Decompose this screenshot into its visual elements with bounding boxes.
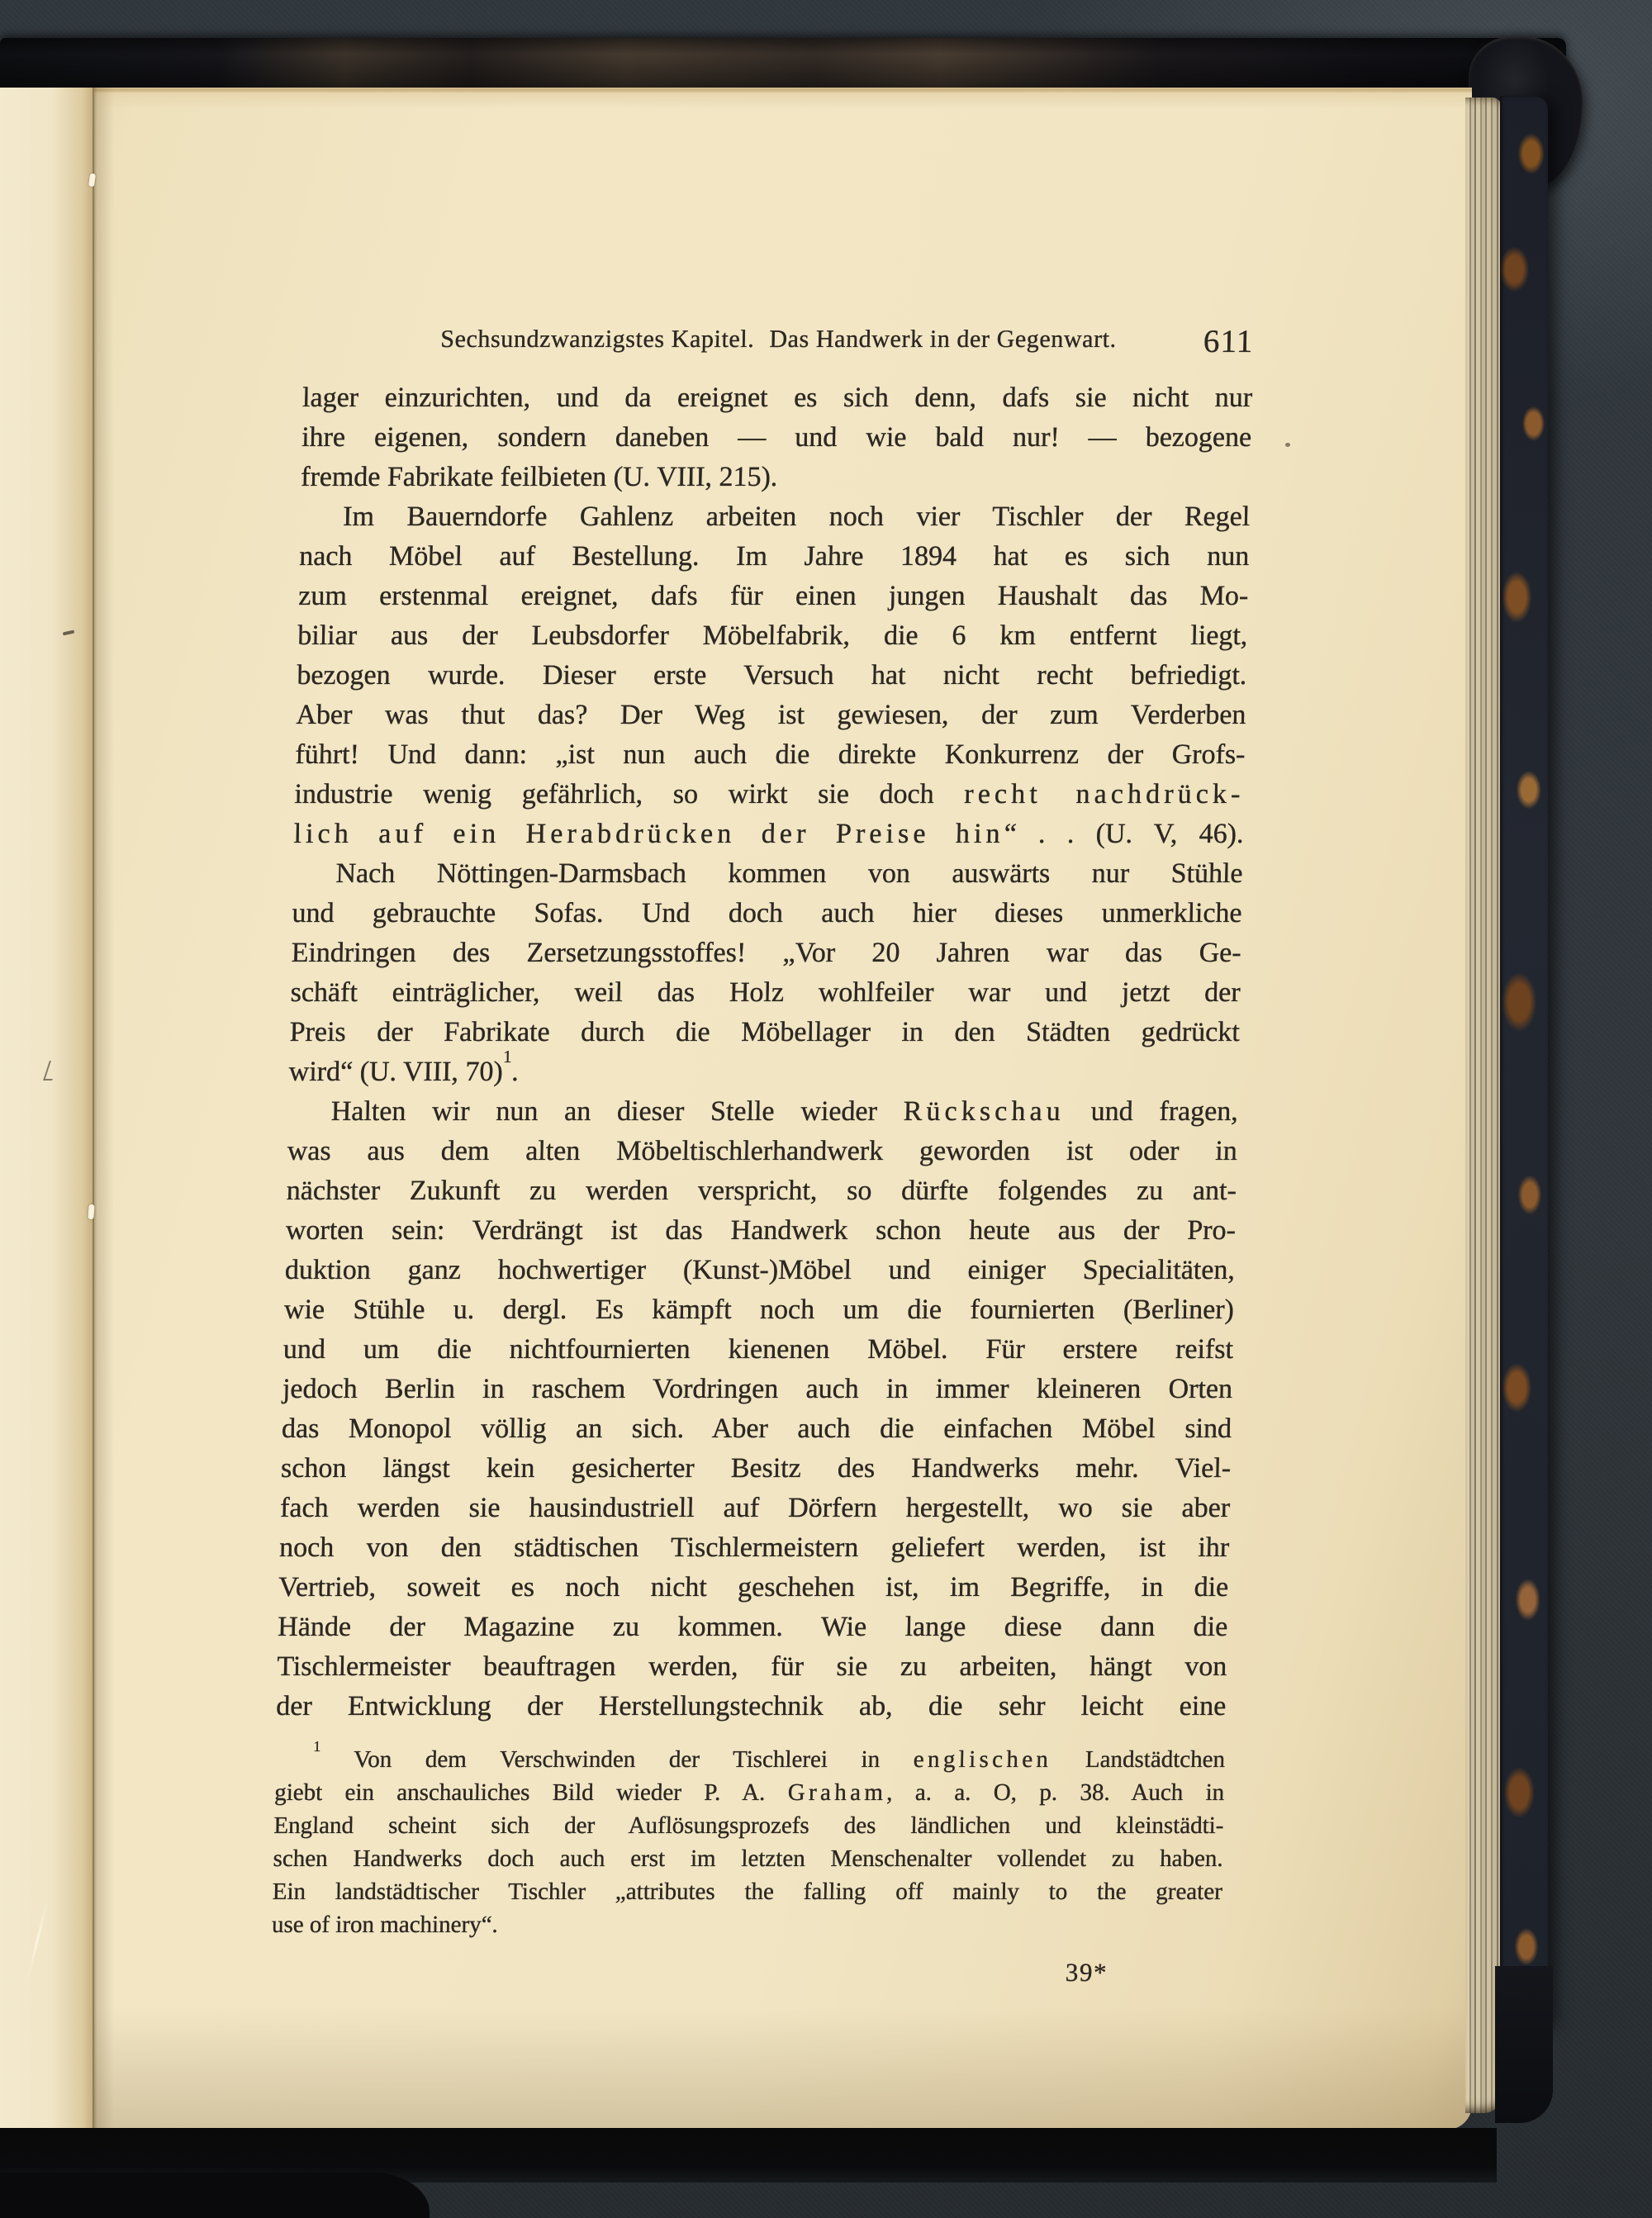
text-segment: das Monopol völlig an sich. Aber auch di… [282, 1413, 1232, 1444]
text-line: nach Möbel auf Bestellung. Im Jahre 1894… [299, 537, 1250, 577]
book-cover-top-edge [0, 38, 1566, 93]
text-segment: englischen [913, 1746, 1051, 1773]
text-line: Vertrieb, soweit es noch nicht geschehen… [278, 1568, 1229, 1608]
text-segment: Nach Nöttingen-Darmsbach kommen von ausw… [335, 858, 1243, 889]
text-line: noch von den städtischen Tischlermeister… [279, 1528, 1230, 1568]
text-line: Aber was thut das? Der Weg ist gewiesen,… [296, 696, 1246, 735]
text-segment: “ . . (U. V, 46). [1004, 819, 1244, 849]
text-line: Hände der Magazine zu kommen. Wie lange … [278, 1608, 1228, 1647]
text-line: 1 Von dem Verschwinden der Tischlerei in… [275, 1743, 1226, 1776]
text-segment: Von dem Verschwinden der Tischlerei in [320, 1746, 914, 1773]
marbled-cover-edge [1500, 96, 1548, 2024]
footnote-reference: 1 [313, 1738, 320, 1755]
running-header-title: Das Handwerk in der Gegenwart. [769, 325, 1117, 353]
text-segment: Aber was thut das? Der Weg ist gewiesen,… [296, 700, 1246, 730]
text-line: nächster Zukunft zu werden verspricht, s… [286, 1171, 1237, 1211]
running-header-chapter: Sechsundzwanzigstes Kapitel. [440, 325, 755, 353]
text-segment: fremde Fabrikate feilbieten (U. VIII, 21… [301, 462, 778, 492]
text-line: Halten wir nun an dieser Stelle wieder R… [287, 1092, 1238, 1132]
text-line: Nach Nöttingen-Darmsbach kommen von ausw… [292, 854, 1243, 894]
gutter-crease [93, 88, 114, 2130]
text-line: giebt ein anschauliches Bild wieder P. A… [274, 1776, 1225, 1809]
text-line: use of iron machinery“. [272, 1908, 1222, 1941]
text-line: fremde Fabrikate feilbieten (U. VIII, 21… [301, 458, 1251, 497]
text-segment: wird“ (U. VIII, 70) [288, 1057, 503, 1087]
text-segment: Ein landstädtischer Tischler „attributes… [273, 1878, 1223, 1905]
running-header: Sechsundzwanzigstes Kapitel.Das Handwerk… [303, 321, 1254, 358]
text-line: und gebrauchte Sofas. Und doch auch hier… [292, 894, 1242, 933]
text-line: Tischlermeister beauftragen werden, für … [277, 1647, 1227, 1687]
text-segment: Graham [787, 1779, 886, 1806]
text-segment: führt! Und dann: „ist nun auch die direk… [295, 739, 1246, 770]
text-line: lager einzurichten, und da ereignet es s… [302, 378, 1253, 418]
text-segment: duktion ganz hochwertiger (Kunst-)Möbel … [285, 1255, 1236, 1285]
text-segment: use of iron machinery“. [272, 1912, 498, 1938]
text-segment: Eindringen des Zersetzungsstoffes! „Vor … [291, 938, 1241, 968]
text-segment: schen Handwerks doch auch erst im letzte… [273, 1845, 1223, 1872]
text-line: Eindringen des Zersetzungsstoffes! „Vor … [291, 933, 1241, 973]
text-segment: ihre eigenen, sondern daneben — und wie … [301, 422, 1252, 453]
text-segment: fach werden sie hausindustriell auf Dörf… [280, 1493, 1231, 1523]
text-segment: und gebrauchte Sofas. Und doch auch hier… [292, 898, 1242, 929]
text-line: schon längst kein gesicherter Besitz des… [281, 1449, 1232, 1489]
text-line: industrie wenig gefährlich, so wirkt sie… [294, 775, 1245, 815]
text-segment: schon längst kein gesicherter Besitz des… [281, 1453, 1232, 1484]
text-segment: lich auf ein Herabdrücken der Preise hin [293, 819, 1004, 849]
text-segment: Halten wir nun an dieser Stelle wieder [330, 1096, 904, 1127]
text-line: England scheint sich der Auflösungsproze… [273, 1809, 1224, 1842]
text-segment: wie Stühle u. dergl. Es kämpft noch um d… [284, 1294, 1235, 1325]
page-text: Sechsundzwanzigstes Kapitel.Das Handwerk… [270, 321, 1254, 1989]
sewing-thread-bottom [88, 1204, 94, 1219]
text-segment: und fragen, [1064, 1096, 1238, 1127]
signature-mark: 39* [1065, 1956, 1221, 1989]
text-line: zum erstenmal ereignet, dafs für einen j… [298, 577, 1249, 616]
ink-speck [1285, 443, 1290, 447]
text-line: und um die nichtfournierten kienenen Möb… [283, 1330, 1234, 1370]
text-segment: noch von den städtischen Tischlermeister… [279, 1532, 1230, 1563]
text-line: duktion ganz hochwertiger (Kunst-)Möbel … [284, 1251, 1235, 1290]
book-page: Sechsundzwanzigstes Kapitel.Das Handwerk… [0, 88, 1472, 2130]
text-line: Im Bauerndorfe Gahlenz arbeiten noch vie… [300, 497, 1251, 537]
text-line: Ein landstädtischer Tischler „attributes… [272, 1875, 1222, 1908]
text-segment: nach Möbel auf Bestellung. Im Jahre 1894… [299, 541, 1250, 572]
footnote-reference: 1 [503, 1047, 512, 1066]
text-segment: Landstädtchen [1051, 1746, 1225, 1773]
text-segment: Preis der Fabrikate durch die Möbellager… [289, 1017, 1240, 1047]
text-line: Preis der Fabrikate durch die Möbellager… [289, 1013, 1240, 1052]
text-segment: worten sein: Verdrängt ist das Handwerk … [286, 1215, 1237, 1246]
text-segment: schäft einträglicher, weil das Holz wohl… [290, 977, 1241, 1008]
text-segment: England scheint sich der Auflösungsproze… [273, 1812, 1224, 1839]
text-line: was aus dem alten Möbeltischlerhandwerk … [287, 1132, 1237, 1171]
fore-edge-pages [1465, 97, 1502, 2113]
text-line: der Entwicklung der Herstellungstechnik … [276, 1687, 1227, 1726]
text-line: das Monopol völlig an sich. Aber auch di… [282, 1409, 1232, 1449]
text-segment: , a. a. O, p. 38. Auch in [886, 1779, 1225, 1806]
text-segment: was aus dem alten Möbeltischlerhandwerk … [287, 1136, 1237, 1166]
text-segment: zum erstenmal ereignet, dafs für einen j… [298, 581, 1249, 611]
text-line: schäft einträglicher, weil das Holz wohl… [290, 973, 1241, 1013]
body-text: lager einzurichten, und da ereignet es s… [276, 378, 1253, 1726]
text-segment: Hände der Magazine zu kommen. Wie lange … [278, 1612, 1228, 1642]
page-number: 611 [1203, 325, 1254, 358]
text-segment: jedoch Berlin in raschem Vordringen auch… [282, 1374, 1233, 1404]
text-segment: nächster Zukunft zu werden verspricht, s… [287, 1175, 1237, 1206]
text-segment: giebt ein anschauliches Bild wieder P. A… [274, 1779, 788, 1806]
text-segment: Tischlermeister beauftragen werden, für … [277, 1651, 1227, 1682]
text-segment: biliar aus der Leubsdorfer Möbelfabrik, … [297, 620, 1248, 651]
text-line: wird“ (U. VIII, 70)1. [288, 1052, 1239, 1092]
text-segment: lager einzurichten, und da ereignet es s… [302, 382, 1253, 413]
text-line: lich auf ein Herabdrücken der Preise hin… [293, 815, 1244, 854]
text-segment: . [511, 1057, 519, 1087]
text-line: biliar aus der Leubsdorfer Möbelfabrik, … [297, 616, 1248, 656]
text-segment: industrie wenig gefährlich, so wirkt sie… [294, 779, 965, 810]
text-line: führt! Und dann: „ist nun auch die direk… [295, 735, 1246, 775]
text-segment: und um die nichtfournierten kienenen Möb… [283, 1334, 1234, 1365]
text-segment: Vertrieb, soweit es noch nicht geschehen… [278, 1572, 1229, 1603]
text-line: jedoch Berlin in raschem Vordringen auch… [282, 1370, 1233, 1409]
text-line: fach werden sie hausindustriell auf Dörf… [280, 1489, 1231, 1528]
corner-shadow [0, 2173, 430, 2218]
text-line: bezogen wurde. Dieser erste Versuch hat … [297, 656, 1247, 696]
text-segment: bezogen wurde. Dieser erste Versuch hat … [297, 660, 1247, 691]
text-segment: recht nachdrück- [964, 779, 1245, 810]
footnote: 1 Von dem Verschwinden der Tischlerei in… [272, 1743, 1226, 1941]
text-segment: der Entwicklung der Herstellungstechnik … [276, 1691, 1227, 1722]
text-line: ihre eigenen, sondern daneben — und wie … [301, 418, 1252, 458]
text-line: worten sein: Verdrängt ist das Handwerk … [285, 1211, 1236, 1251]
left-page-sliver [0, 88, 94, 2130]
scanned-book-photo: Sechsundzwanzigstes Kapitel.Das Handwerk… [0, 0, 1652, 2218]
text-line: wie Stühle u. dergl. Es kämpft noch um d… [283, 1290, 1234, 1330]
text-line: schen Handwerks doch auch erst im letzte… [273, 1842, 1223, 1875]
text-segment: Im Bauerndorfe Gahlenz arbeiten noch vie… [343, 501, 1251, 532]
text-segment: Rückschau [903, 1096, 1065, 1127]
marbled-cover-shadow [1495, 1966, 1553, 2123]
